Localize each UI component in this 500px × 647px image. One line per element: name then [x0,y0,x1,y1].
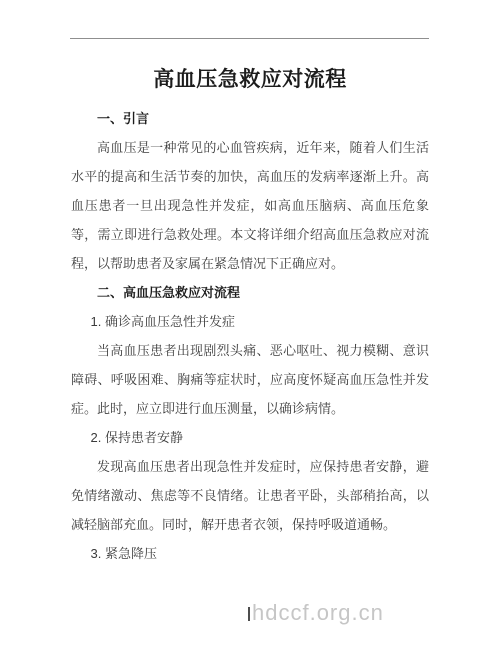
step-3-title: 3. 紧急降压 [71,539,429,568]
step-2-title: 2. 保持患者安静 [71,423,429,452]
step-1-paragraph: 当高血压患者出现剧烈头痛、恶心呕吐、视力模糊、意识障碍、呼吸困难、胸痛等症状时，… [71,336,429,423]
section-heading-process: 二、高血压急救应对流程 [71,278,429,307]
document-body: 一、引言 高血压是一种常见的心血管疾病，近年来，随着人们生活水平的提高和生活节奏… [71,104,429,568]
section-heading-intro: 一、引言 [71,104,429,133]
step-2-paragraph: 发现高血压患者出现急性并发症时，应保持患者安静，避免情绪激动、焦虑等不良情绪。让… [71,452,429,539]
document-page: 高血压急救应对流程 一、引言 高血压是一种常见的心血管疾病，近年来，随着人们生活… [0,0,500,647]
watermark: hdccf.org.cn [252,600,384,626]
paragraph-intro: 高血压是一种常见的心血管疾病，近年来，随着人们生活水平的提高和生活节奏的加快，高… [71,133,429,278]
document-title: 高血压急救应对流程 [0,63,500,93]
header-divider [70,38,429,39]
text-cursor [248,607,250,621]
step-1-title: 1. 确诊高血压急性并发症 [71,307,429,336]
